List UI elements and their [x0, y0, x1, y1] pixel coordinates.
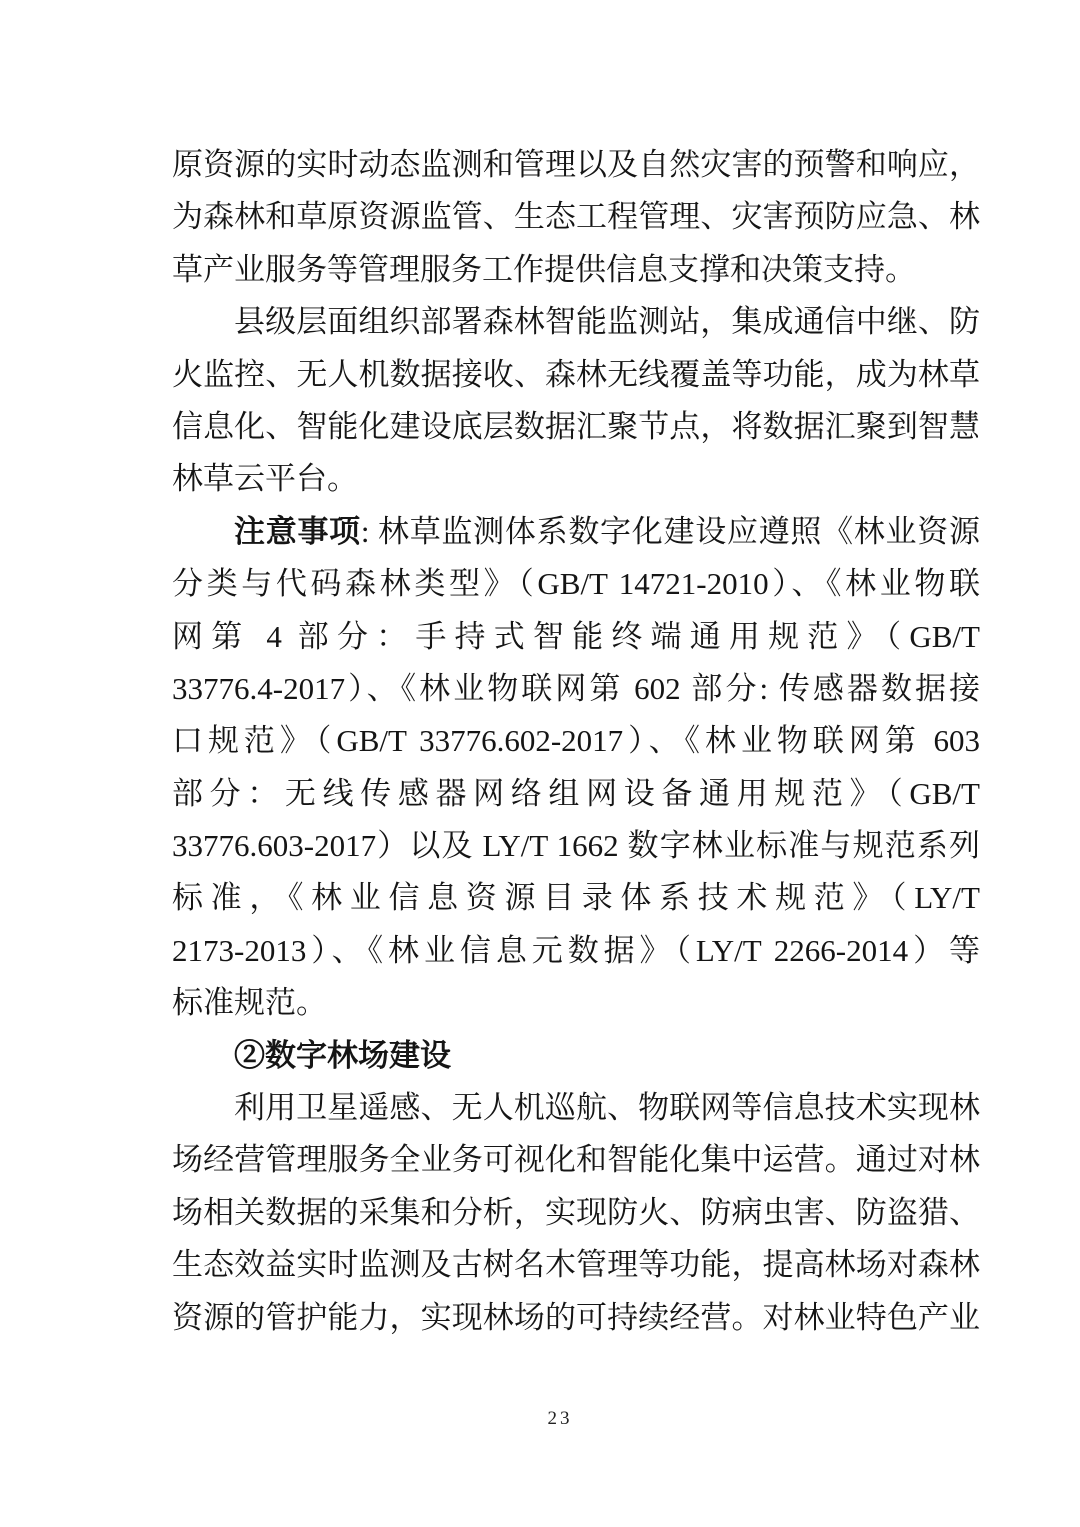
text-segment: 原资源的实时动态监测和管理以及自然灾害的预警和响应，: [172, 147, 980, 182]
text-line: 33776.603-2017）以及 LY/T 1662 数字林业标准与规范系列: [172, 820, 980, 872]
text-segment: 资源的管护能力，实现林场的可持续经营。对林业特色产业: [172, 1300, 980, 1335]
text-segment: 县级层面组织部署森林智能监测站，集成通信中继、防: [234, 304, 980, 339]
text-line: 利用卫星遥感、无人机巡航、物联网等信息技术实现林: [172, 1082, 980, 1134]
text-line: 分类与代码森林类型》（GB/T 14721-2010）、《林业物联: [172, 558, 980, 610]
text-line: 火监控、无人机数据接收、森林无线覆盖等功能，成为林草: [172, 349, 980, 401]
text-line: ②数字林场建设: [172, 1030, 980, 1082]
text-segment: 火监控、无人机数据接收、森林无线覆盖等功能，成为林草: [172, 357, 980, 392]
text-segment: 部分：无线传感器网络组网设备通用规范》（GB/T: [172, 776, 980, 811]
text-segment: 标准规范。: [172, 985, 327, 1020]
text-segment: 场经营管理服务全业务可视化和智能化集中运营。通过对林: [172, 1142, 980, 1177]
text-segment: 为森林和草原资源监管、生态工程管理、灾害预防应急、林: [172, 199, 980, 234]
text-line: 为森林和草原资源监管、生态工程管理、灾害预防应急、林: [172, 191, 980, 243]
text-line: 原资源的实时动态监测和管理以及自然灾害的预警和响应，: [172, 139, 980, 191]
bold-text-segment: 注意事项: [234, 514, 361, 549]
text-segment: 草产业服务等管理服务工作提供信息支撑和决策支持。: [172, 252, 916, 287]
text-line: 资源的管护能力，实现林场的可持续经营。对林业特色产业: [172, 1292, 980, 1344]
text-block: 原资源的实时动态监测和管理以及自然灾害的预警和响应，为森林和草原资源监管、生态工…: [172, 139, 980, 1344]
document-page: 原资源的实时动态监测和管理以及自然灾害的预警和响应，为森林和草原资源监管、生态工…: [0, 0, 1080, 1527]
page-footer: 23: [0, 1408, 1080, 1430]
text-segment: 标准，《林业信息资源目录体系技术规范》（LY/T: [172, 880, 980, 915]
text-segment: 生态效益实时监测及古树名木管理等功能，提高林场对森林: [172, 1247, 980, 1282]
text-segment: 利用卫星遥感、无人机巡航、物联网等信息技术实现林: [234, 1090, 980, 1125]
text-line: 标准，《林业信息资源目录体系技术规范》（LY/T: [172, 872, 980, 924]
text-segment: 33776.4-2017）、《林业物联网第 602 部分: 传感器数据接: [172, 671, 980, 706]
text-line: 信息化、智能化建设底层数据汇聚节点，将数据汇聚到智慧: [172, 401, 980, 453]
text-segment: 33776.603-2017）以及 LY/T 1662 数字林业标准与规范系列: [172, 828, 980, 863]
paragraph: 县级层面组织部署森林智能监测站，集成通信中继、防火监控、无人机数据接收、森林无线…: [172, 296, 980, 506]
text-line: 网第 4 部分：手持式智能终端通用规范》（GB/T: [172, 611, 980, 663]
paragraph: 利用卫星遥感、无人机巡航、物联网等信息技术实现林场经营管理服务全业务可视化和智能…: [172, 1082, 980, 1344]
text-segment: 信息化、智能化建设底层数据汇聚节点，将数据汇聚到智慧: [172, 409, 980, 444]
text-segment: 分类与代码森林类型》（GB/T 14721-2010）、《林业物联: [172, 566, 980, 601]
text-line: 草产业服务等管理服务工作提供信息支撑和决策支持。: [172, 244, 980, 296]
text-segment: 口规范》（GB/T 33776.602-2017）、《林业物联网第 603: [172, 723, 980, 758]
text-segment: 林草云平台。: [172, 461, 358, 496]
paragraph: 注意事项: 林草监测体系数字化建设应遵照《林业资源分类与代码森林类型》（GB/T…: [172, 506, 980, 1030]
text-line: 林草云平台。: [172, 453, 980, 505]
text-line: 2173-2013）、《林业信息元数据》（LY/T 2266-2014）等: [172, 925, 980, 977]
text-line: 口规范》（GB/T 33776.602-2017）、《林业物联网第 603: [172, 715, 980, 767]
text-segment: 场相关数据的采集和分析，实现防火、防病虫害、防盗猎、: [172, 1195, 980, 1230]
bold-text-segment: ②数字林场建设: [234, 1038, 451, 1073]
text-line: 部分：无线传感器网络组网设备通用规范》（GB/T: [172, 768, 980, 820]
text-line: 生态效益实时监测及古树名木管理等功能，提高林场对森林: [172, 1239, 980, 1291]
text-line: 注意事项: 林草监测体系数字化建设应遵照《林业资源: [172, 506, 980, 558]
text-line: 33776.4-2017）、《林业物联网第 602 部分: 传感器数据接: [172, 663, 980, 715]
text-line: 标准规范。: [172, 977, 980, 1029]
section-heading: ②数字林场建设: [172, 1030, 980, 1082]
text-segment: 2173-2013）、《林业信息元数据》（LY/T 2266-2014）等: [172, 933, 980, 968]
text-segment: 网第 4 部分：手持式智能终端通用规范》（GB/T: [172, 619, 980, 654]
page-number: 23: [548, 1408, 573, 1430]
text-segment: : 林草监测体系数字化建设应遵照《林业资源: [361, 514, 980, 549]
text-line: 场相关数据的采集和分析，实现防火、防病虫害、防盗猎、: [172, 1187, 980, 1239]
text-line: 场经营管理服务全业务可视化和智能化集中运营。通过对林: [172, 1134, 980, 1186]
text-line: 县级层面组织部署森林智能监测站，集成通信中继、防: [172, 296, 980, 348]
paragraph: 原资源的实时动态监测和管理以及自然灾害的预警和响应，为森林和草原资源监管、生态工…: [172, 139, 980, 296]
